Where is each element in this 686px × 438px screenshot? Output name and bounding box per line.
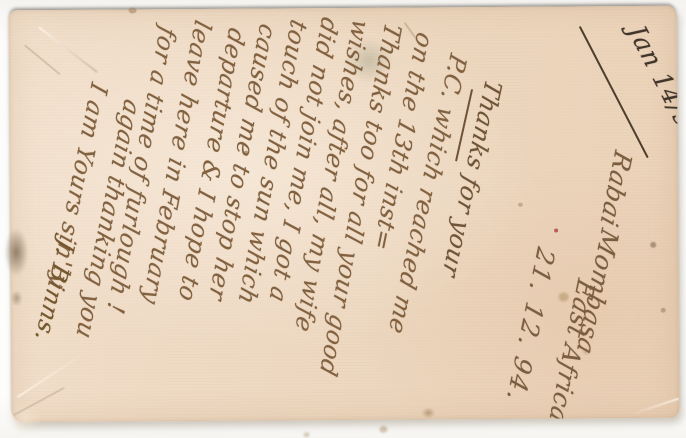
stain — [379, 426, 387, 433]
scan-background: Jan 14/94 Rabai Mombasa East Africa 21. … — [0, 0, 686, 438]
postcard: Jan 14/94 Rabai Mombasa East Africa 21. … — [9, 6, 680, 423]
handwriting-layer: Jan 14/94 Rabai Mombasa East Africa 21. … — [9, 6, 680, 423]
heading-place-rabai: Rabai — [595, 148, 635, 231]
stain — [304, 432, 310, 437]
